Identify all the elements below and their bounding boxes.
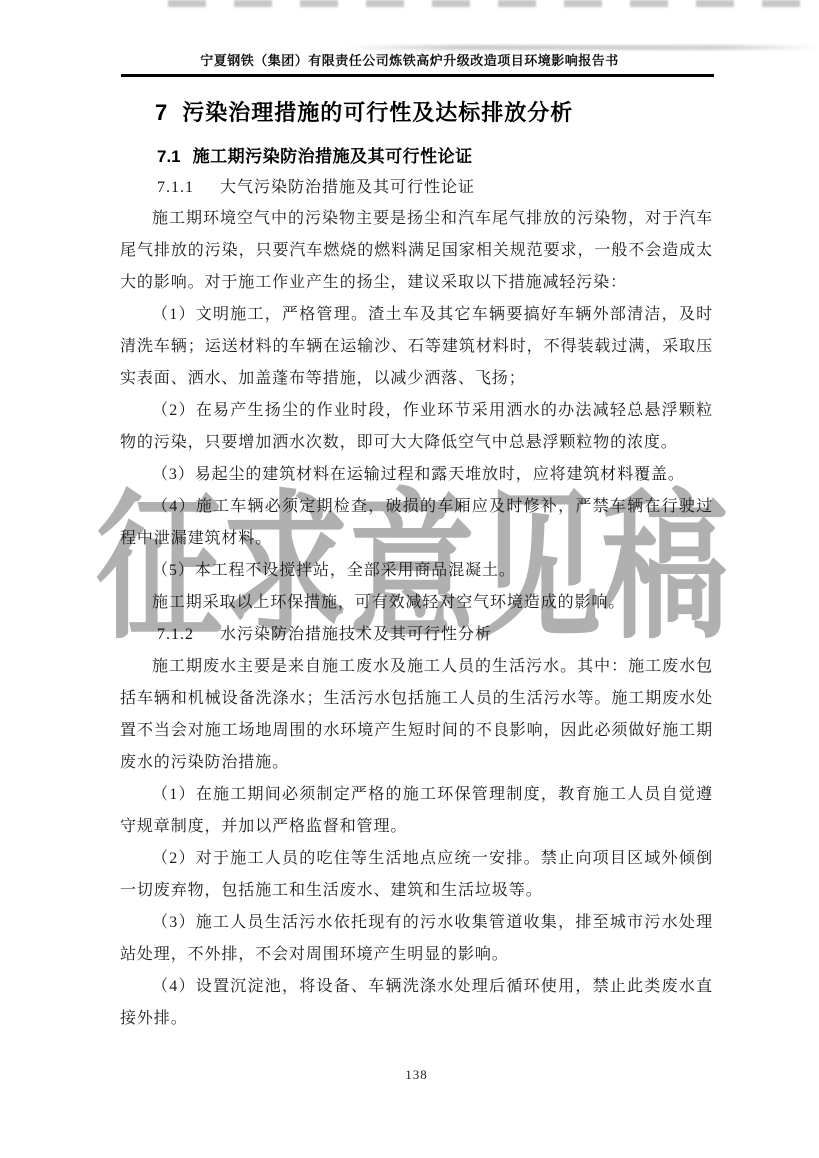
paragraph: （4）设置沉淀池，将设备、车辆洗涤水处理后循环使用，禁止此类废水直接外排。 xyxy=(120,971,713,1035)
document-page: 征求意见稿 宁夏钢铁（集团）有限责任公司炼铁高炉升级改造项目环境影响报告书 7污… xyxy=(0,0,819,1158)
paragraph: （1）在施工期间必须制定严格的施工环保管理制度，教育施工人员自觉遵守规章制度，并… xyxy=(120,779,713,843)
paragraph: （5）本工程不设搅拌站，全部采用商品混凝土。 xyxy=(120,555,713,587)
chapter-number: 7 xyxy=(155,100,167,125)
paragraph: （2）在易产生扬尘的作业时段，作业环节采用洒水的办法减轻总悬浮颗粒物的污染，只要… xyxy=(120,395,713,459)
chapter-heading: 7污染治理措施的可行性及达标排放分析 xyxy=(120,96,713,130)
paragraph: （3）施工人员生活污水依托现有的污水收集管道收集，排至城市污水处理站处理，不外排… xyxy=(120,907,713,971)
subsection-heading-7-1-2: 7.1.2水污染防治措施技术及其可行性分析 xyxy=(120,619,713,651)
scan-artifact-top xyxy=(168,0,813,7)
page-footer: 138 xyxy=(120,1066,713,1084)
subsection-number: 7.1.2 xyxy=(157,626,194,643)
report-title: 宁夏钢铁（集团）有限责任公司炼铁高炉升级改造项目环境影响报告书 xyxy=(0,50,819,69)
paragraph: 施工期采取以上环保措施，可有效减轻对空气环境造成的影响。 xyxy=(120,587,713,619)
paragraph: 施工期废水主要是来自施工废水及施工人员的生活污水。其中：施工废水包括车辆和机械设… xyxy=(120,651,713,779)
paragraph: 施工期环境空气中的污染物主要是扬尘和汽车尾气排放的污染物，对于汽车尾气排放的污染… xyxy=(120,203,713,299)
section-number: 7.1 xyxy=(157,147,181,166)
paragraph: （4）施工车辆必须定期检查，破损的车厢应及时修补，严禁车辆在行驶过程中泄漏建筑材… xyxy=(120,491,713,555)
paragraph: （2）对于施工人员的吃住等生活地点应统一安排。禁止向项目区域外倾倒一切废弃物，包… xyxy=(120,843,713,907)
paragraph: （1）文明施工，严格管理。渣土车及其它车辆要搞好车辆外部清洁，及时清洗车辆；运送… xyxy=(120,299,713,395)
paragraph: （3）易起尘的建筑材料在运输过程和露天堆放时，应将建筑材料覆盖。 xyxy=(120,459,713,491)
section-heading-7-1: 7.1施工期污染防治措施及其可行性论证 xyxy=(120,143,713,171)
chapter-title: 污染治理措施的可行性及达标排放分析 xyxy=(182,100,573,125)
page-number: 138 xyxy=(405,1067,428,1082)
header-rule xyxy=(121,74,714,77)
subsection-title: 水污染防治措施技术及其可行性分析 xyxy=(220,626,492,643)
subsection-title: 大气污染防治措施及其可行性论证 xyxy=(220,179,475,196)
subsection-number: 7.1.1 xyxy=(157,179,194,196)
section-title: 施工期污染防治措施及其可行性论证 xyxy=(193,147,473,166)
subsection-heading-7-1-1: 7.1.1大气污染防治措施及其可行性论证 xyxy=(120,173,713,203)
document-content: 7污染治理措施的可行性及达标排放分析 7.1施工期污染防治措施及其可行性论证 7… xyxy=(120,90,713,1035)
